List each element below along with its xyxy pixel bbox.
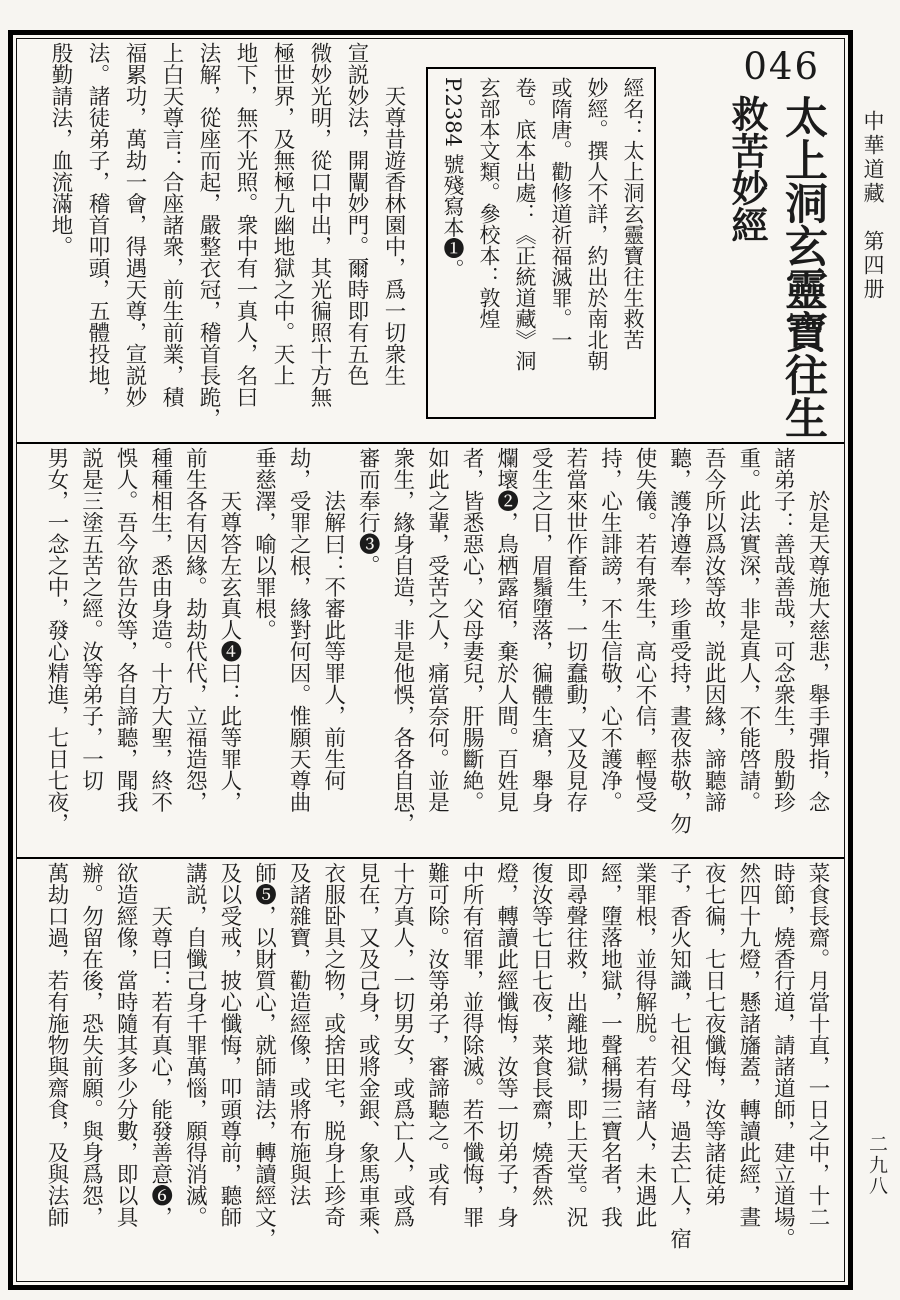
text-column: 復汝等七日七夜，菜食長齋，燒香然 (523, 862, 558, 1281)
scanned-page: 中華道藏 第四册 二九八 046 太上洞玄靈寶往生 救苦妙經 經名：太上洞玄靈寶… (0, 0, 900, 1300)
text-column: 難可除。汝等弟子，審諦聽之。或有 (419, 862, 454, 1281)
text-column: 燈，轉讀此經懺悔，汝等一切弟子，身 (488, 862, 523, 1281)
text-column: 菜食長齋。月當十直，一日之中，十二 (799, 862, 834, 1281)
text-column: 若當來世作畜生，一切蠢動，又及見存 (557, 447, 592, 857)
text-column: 審而奉行❸。 (350, 447, 385, 857)
text-column: 悞人。吾今欲告汝等，各自諦聽，聞我 (108, 447, 143, 857)
abstract-column: P.2384 號殘寫本❶。 (435, 77, 471, 409)
abstract-column: 卷。底本出處：《正統道藏》洞 (507, 77, 543, 409)
text-column: 如此之輩，受苦之人，痛當奈何。並是 (419, 447, 454, 857)
text-column: 法。諸徒弟子，稽首叩頭，五體投地， (79, 42, 116, 440)
text-column: 即尋聲往救，出離地獄，即上天堂。況 (557, 862, 592, 1281)
page-frame: 046 太上洞玄靈寶往生 救苦妙經 經名：太上洞玄靈寶往生救苦妙經。撰人不詳，約… (8, 30, 853, 1290)
text-column: 持，心生誹謗，不生信敬，心不護净。 (592, 447, 627, 857)
text-column: 衆生，緣身自造，非是他悞，各各自思， (384, 447, 419, 857)
text-column: 法解，從座而起，嚴整衣冠，稽首長跪， (190, 42, 227, 440)
text-column: 使失儀。若有衆生，高心不信，輕慢受 (626, 447, 661, 857)
text-column: 於是天尊施大慈悲，舉手彈指，念 (799, 447, 834, 857)
text-column: 前生各有因緣。劫劫代代，立福造怨， (177, 447, 212, 857)
text-column: 十方真人，一切男女，或爲亡人，或爲 (384, 862, 419, 1281)
text-column: 萬劫口過，若有施物與齋食，及與法師 (38, 862, 73, 1281)
text-column: 重。此法實深，非是真人，不能啓請。 (730, 447, 765, 857)
volume-label: 中華道藏 第四册 (858, 110, 888, 302)
text-column: 子，香火知識，七祖父母，過去亡人，宿 (661, 862, 696, 1281)
text-column: 福累功，萬劫一會，得遇天尊，宣説妙 (116, 42, 153, 440)
text-column: 男女，一念之中，發心精進，七日七夜， (38, 447, 73, 857)
text-column: 諸弟子：善哉善哉，可念衆生，殷勤珍 (765, 447, 800, 857)
text-column: 受生之日，眉鬚墮落，徧體生瘡，舉身 (523, 447, 558, 857)
text-column: 天尊曰：若有真心，能發善意❻， (142, 862, 177, 1281)
text-column: 及以受戒，披心懺悔，叩頭尊前，聽師 (211, 862, 246, 1281)
text-column: 者，皆悉惡心，父母妻兒，肝腸斷絶。 (453, 447, 488, 857)
text-column: 吾今所以爲汝等故，説此因緣，諦聽諦 (696, 447, 731, 857)
text-column: 然四十九燈，懸諸旛蓋，轉讀此經，晝 (730, 862, 765, 1281)
title-line-2: 救苦妙經 (720, 95, 774, 445)
text-column: 中所有宿罪，並得除滅。若不懺悔，罪 (453, 862, 488, 1281)
doc-number: 046 (743, 45, 820, 88)
text-column: 師❺，以財質心，就師請法，轉讀經文， (246, 862, 281, 1281)
text-column: 時節，燒香行道，請諸道師，建立道場。 (765, 862, 800, 1281)
text-column: 極世界，及無極九幽地獄之中。天上 (264, 42, 301, 440)
text-column: 説是三塗五苦之經。汝等弟子，一切 (73, 447, 108, 857)
section-middle: 於是天尊施大慈悲，舉手彈指，念諸弟子：善哉善哉，可念衆生，殷勤珍重。此法實深，非… (17, 444, 844, 857)
abstract-box: 經名：太上洞玄靈寶往生救苦妙經。撰人不詳，約出於南北朝或隋唐。勸修道祈福滅罪。一… (426, 67, 656, 419)
text-column: 欲造經像，當時隨其多少分數，即以具 (108, 862, 143, 1281)
text-column: 垂慈澤，喻以罪根。 (246, 447, 281, 857)
text-column: 經，墮落地獄，一聲稱揚三寶名者，我 (592, 862, 627, 1281)
text-column: 殷勤請法，血流滿地。 (42, 42, 79, 440)
text-column: 地下，無不光照。衆中有一真人，名曰 (227, 42, 264, 440)
scripture-title: 太上洞玄靈寶往生 救苦妙經 (720, 95, 832, 445)
text-column: 辦。勿留在後，恐失前願。與身爲怨， (73, 862, 108, 1281)
text-column: 天尊答左玄真人❹曰：此等罪人， (211, 447, 246, 857)
text-column: 劫，受罪之根，緣對何因。惟願天尊曲 (281, 447, 316, 857)
page-number: 二九八 (864, 1134, 891, 1197)
text-column: 種種相生，悉由身造。十方大聖，終不 (142, 447, 177, 857)
text-column: 宣説妙法，開闡妙門。爾時即有五色 (338, 42, 375, 440)
text-column: 業罪根，並得解脱。若有諸人，未遇此 (626, 862, 661, 1281)
text-column: 及諸雜寶，勸造經像，或將布施與法 (281, 862, 316, 1281)
section-bottom: 菜食長齋。月當十直，一日之中，十二時節，燒香行道，請諸道師，建立道場。然四十九燈… (17, 859, 844, 1281)
top-text-block: 天尊昔遊香林園中，爲一切衆生宣説妙法，開闡妙門。爾時即有五色微妙光明，從口中出，… (33, 42, 412, 440)
title-line-1: 太上洞玄靈寶往生 (774, 95, 832, 445)
middle-text-block: 於是天尊施大慈悲，舉手彈指，念諸弟子：善哉善哉，可念衆生，殷勤珍重。此法實深，非… (29, 447, 834, 857)
text-column: 法解曰：不審此等罪人，前生何 (315, 447, 350, 857)
bottom-text-block: 菜食長齋。月當十直，一日之中，十二時節，燒香行道，請諸道師，建立道場。然四十九燈… (29, 862, 834, 1281)
text-column: 衣服卧具之物，或捨田宅，脱身上珍奇 (315, 862, 350, 1281)
text-column: 爛壞❷，鳥栖露宿，棄於人間。百姓見 (488, 447, 523, 857)
text-column: 微妙光明，從口中出，其光徧照十方無 (301, 42, 338, 440)
abstract-column: 妙經。撰人不詳，約出於南北朝 (579, 77, 615, 409)
text-column: 聽，護净遵奉，珍重受持，晝夜恭敬，勿 (661, 447, 696, 857)
inner-frame: 046 太上洞玄靈寶往生 救苦妙經 經名：太上洞玄靈寶往生救苦妙經。撰人不詳，約… (16, 38, 845, 1282)
text-column: 見在，又及己身，或將金銀、象馬車乘、 (350, 862, 385, 1281)
abstract-column: 經名：太上洞玄靈寶往生救苦 (615, 77, 651, 409)
abstract-column: 玄部本文類。參校本：敦煌 (471, 77, 507, 409)
text-column: 講説，自懺己身千罪萬惱，願得消滅。 (177, 862, 212, 1281)
text-column: 上白天尊言：合座諸衆，前生前業，積 (153, 42, 190, 440)
text-column: 夜七徧，七日七夜懺悔，汝等諸徒弟 (696, 862, 731, 1281)
section-top: 046 太上洞玄靈寶往生 救苦妙經 經名：太上洞玄靈寶往生救苦妙經。撰人不詳，約… (17, 39, 844, 442)
text-column: 天尊昔遊香林園中，爲一切衆生 (375, 42, 412, 440)
abstract-column: 或隋唐。勸修道祈福滅罪。一 (543, 77, 579, 409)
